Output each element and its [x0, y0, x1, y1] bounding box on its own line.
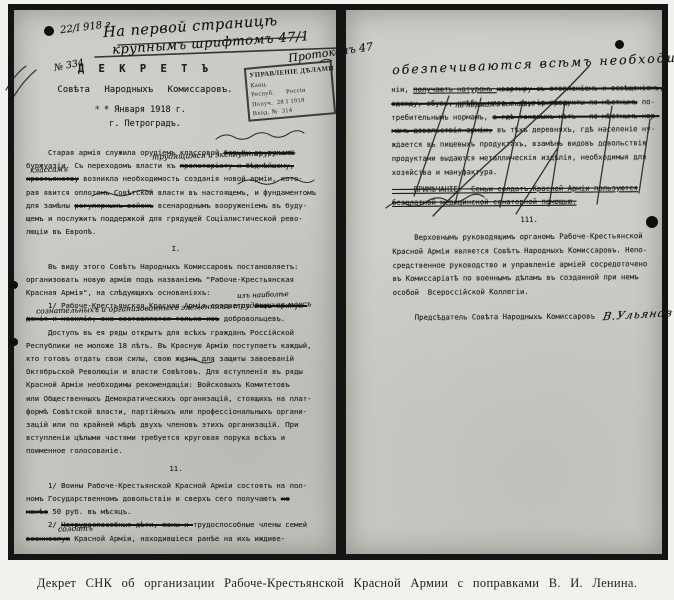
- text-segment: рая явится оплотомъ Совѣтской власти въ …: [26, 188, 316, 197]
- text-segment: получаютъ натуромъ: [413, 84, 497, 94]
- typed-line: Въ виду этого Совѣтъ Народныхъ Комиссаро…: [26, 260, 326, 273]
- text-segment: Нетрудоспособныя дѣти, жены и: [61, 520, 193, 529]
- typed-line: менѣе 50 руб. въ мѣсяцъ.: [26, 505, 326, 518]
- text-segment: трудоспособные члены семей: [193, 520, 307, 529]
- text-segment: Красная Армія", на слѣдующихъ основаніях…: [26, 288, 211, 297]
- typed-line: Доступъ въ ея ряды открытъ для всѣхъ гра…: [26, 326, 326, 339]
- typed-line: 2/ Нетрудоспособныя дѣти, жены и трудосп…: [26, 518, 326, 531]
- typed-line: или Общественныхъ Демократическихъ орган…: [26, 392, 326, 405]
- text-segment: хозяйства и мануфактура.: [392, 167, 497, 177]
- text-segment: средственное руководство и управленіе ар…: [392, 259, 647, 270]
- text-segment: формѣ Совѣтской власти, партійныхъ или п…: [26, 407, 307, 416]
- typed-line: рая явится оплотомъ Совѣтской власти въ …: [26, 186, 326, 199]
- punch-hole: [10, 281, 18, 289]
- typed-line: денія и насилія; она составляется только…: [26, 312, 326, 325]
- typed-line: хозяйства и мануфактура.: [392, 164, 666, 180]
- typed-line: Предсѣдатель Совѣта Народныхъ Комиссаров…: [393, 308, 667, 325]
- typed-line: военнослуж Красной Арміи, находившіеся р…: [26, 532, 326, 545]
- text-segment: ніи,: [391, 85, 413, 94]
- punch-hole: [44, 26, 54, 36]
- typed-line: зацій или по крайней мѣрѣ двухъ членовъ …: [26, 418, 326, 431]
- text-segment: номъ Государственномъ довольствіи и свер…: [26, 494, 281, 503]
- text-segment: по-: [637, 97, 655, 106]
- text-segment: Въ виду этого Совѣтъ Народныхъ Комиссаро…: [26, 262, 298, 271]
- text-segment: люціи въ Европѣ.: [26, 227, 96, 236]
- typed-line: вступленіи цѣлыми частями требуется круг…: [26, 431, 326, 444]
- text-segment: буржуазіи. Съ переходомъ власти къ: [26, 161, 180, 170]
- text-segment: 50 руб. въ мѣсяцъ.: [48, 507, 131, 516]
- text-segment: требительнымъ нормамъ,: [391, 112, 492, 122]
- caption: Декрет СНК об организации Рабоче-Крестья…: [0, 576, 674, 591]
- punch-hole: [10, 338, 18, 346]
- text-segment: регулярныхъ войскъ: [74, 201, 153, 210]
- text-segment: вступленіи цѣлыми частями требуется круг…: [26, 433, 285, 442]
- text-segment: борьбы въ рукахъ: [224, 148, 294, 157]
- typed-line: Республики не моложе 18 лѣтъ. Въ Красную…: [26, 339, 326, 352]
- typed-line: поименное голосованіе.: [26, 444, 326, 457]
- text-segment: или Общественныхъ Демократическихъ орган…: [26, 394, 312, 403]
- text-segment: Республики не моложе 18 лѣтъ. Въ Красную…: [26, 341, 312, 350]
- text-segment: крестьянству: [26, 174, 79, 183]
- text-segment: добровольцевъ.: [219, 314, 285, 323]
- text-segment: Красной Арміи, находившіеся ранѣе на ихъ…: [70, 534, 285, 543]
- typed-line: 1/ Рабоче-Крестьянская Красная Армія соз…: [26, 299, 326, 312]
- typed-line: Красной Арміи необходимы рекомендаціи: В…: [26, 378, 326, 391]
- text-segment: квартиру съ отопленіемъ и освѣщеніемъ,: [497, 83, 664, 93]
- text-segment: Семьи солдатъ Красной Арміи пользуются: [471, 183, 638, 193]
- typed-line: въ Комиссаріатѣ по военнымъ дѣламъ въ со…: [392, 270, 666, 286]
- typed-line: особой Всероссійской Коллегіи.: [393, 284, 667, 300]
- punch-hole: [615, 40, 624, 49]
- typed-line: безплатной медицинской санаторной помощь…: [392, 194, 666, 210]
- right-page-typed-text: ніи, получаютъ натуромъ квартиру съ отоп…: [391, 81, 667, 325]
- text-segment: особой Всероссійской Коллегіи.: [393, 287, 529, 297]
- text-segment: поименное голосованіе.: [26, 446, 123, 455]
- typed-line: буржуазіи. Съ переходомъ власти къ проле…: [26, 159, 326, 172]
- text-segment: для замѣны: [26, 201, 74, 210]
- decree-date: * Января 1918 г.: [30, 105, 260, 115]
- typed-line: продуктами выдаются металлическія издѣлі…: [392, 150, 666, 166]
- text-segment: а гдѣ таковыхъ нѣтъ - по мѣстнымъ нор-: [492, 111, 659, 121]
- typed-line: организовать новую армію подъ названіемъ…: [26, 273, 326, 286]
- text-segment: кто готовъ отдать свои силы, свою жизнь …: [26, 354, 294, 363]
- text-segment: безъ принуж-: [254, 301, 307, 310]
- text-segment: Верховнымъ руководящимъ органомъ Рабоче-…: [392, 231, 642, 242]
- typed-line: формѣ Совѣтской власти, партійныхъ или п…: [26, 405, 326, 418]
- text-segment: возникла необходимость созданія новой ар…: [79, 174, 303, 183]
- text-segment: 111.: [520, 215, 538, 224]
- typed-line: Октябрьской Революціи и власти Совѣтовъ.…: [26, 365, 326, 378]
- typed-line: ПРИМѢЧАНІЕ: Семьи солдатъ Красной Арміи …: [392, 181, 666, 197]
- text-segment: В.Ульяновъ (Ленинъ): [602, 302, 674, 324]
- text-segment: менѣе: [26, 507, 48, 516]
- text-segment: 11.: [169, 464, 182, 473]
- typed-line: Красная Армія", на слѣдующихъ основаніях…: [26, 286, 326, 299]
- text-segment: организовать новую армію подъ названіемъ…: [26, 275, 294, 284]
- text-segment: въ Комиссаріатѣ по военнымъ дѣламъ въ со…: [392, 273, 638, 284]
- text-segment: Старая армія служила орудіемъ классовой: [26, 148, 224, 157]
- text-segment: мамъ довольствія арміи,: [391, 126, 492, 136]
- text-segment: безплатной медицинской санаторной помощь…: [392, 197, 577, 207]
- text-segment: всенароднымъ вооруженіемъ въ буду-: [153, 201, 307, 210]
- text-segment: Красной Арміи является Совѣтъ Народныхъ …: [392, 245, 647, 256]
- text-segment: I.: [172, 244, 181, 253]
- typed-line: кто готовъ отдать свои силы, свою жизнь …: [26, 352, 326, 365]
- text-segment: 1/ Воины Рабоче-Крестьянской Красной Арм…: [26, 481, 307, 490]
- typed-line: для замѣны регулярныхъ войскъ всенародны…: [26, 199, 326, 212]
- typed-line: люціи въ Европѣ.: [26, 225, 326, 238]
- text-segment: продуктами выдаются металлическія издѣлі…: [392, 152, 647, 163]
- typed-line: щемъ и послужитъ поддержкой для грядущей…: [26, 212, 326, 225]
- text-segment: военнослуж: [26, 534, 70, 543]
- typed-line: I.: [26, 242, 326, 255]
- text-segment: ждается въ пищевыхъ продуктахъ, взамѣнъ …: [392, 138, 647, 149]
- typed-line: 11.: [26, 462, 326, 475]
- text-segment: Предсѣдатель Совѣта Народныхъ Комиссаров…: [393, 311, 604, 321]
- decree-city: г. Петроградъ.: [30, 119, 260, 129]
- text-segment: въ тѣхъ деревняхъ, гдѣ населеніе ну-: [493, 125, 656, 135]
- decree-subtitle: Совѣта Народныхъ Комиссаровъ.: [30, 85, 260, 95]
- typed-line: 1/ Воины Рабоче-Крестьянской Красной Арм…: [26, 479, 326, 492]
- text-segment: зацій или по крайней мѣрѣ двухъ членовъ …: [26, 420, 298, 429]
- text-segment: Красной Арміи необходимы рекомендаціи: В…: [26, 380, 290, 389]
- text-segment: щемъ и послужитъ поддержкой для грядущей…: [26, 214, 303, 223]
- typed-line: Старая армія служила орудіемъ классовой …: [26, 146, 326, 159]
- text-segment: 2/: [26, 520, 61, 529]
- text-segment: не: [281, 494, 290, 503]
- left-page-typed-text: Старая армія служила орудіемъ классовой …: [26, 146, 326, 545]
- text-segment: пролетаріату и бѣднѣйшему,: [180, 161, 294, 170]
- typed-line: крестьянству возникла необходимость созд…: [26, 172, 326, 185]
- text-segment: Доступъ въ ея ряды открытъ для всѣхъ гра…: [26, 328, 294, 337]
- text-segment: денія и насилія; она составляется только…: [26, 314, 219, 323]
- typed-line: номъ Государственномъ довольствіи и свер…: [26, 492, 326, 505]
- text-segment: Октябрьской Революціи и власти Совѣтовъ.…: [26, 367, 303, 376]
- decree-title: Д Е К Р Е Т Ъ: [30, 63, 260, 75]
- text-segment: 1/ Рабоче-Крестьянская Красная Армія соз…: [26, 301, 254, 310]
- text-segment: ПРИМѢЧАНІЕ:: [392, 184, 471, 194]
- typed-line: Красной Арміи является Совѣтъ Народныхъ …: [392, 243, 666, 259]
- typed-line: 111.: [392, 212, 666, 228]
